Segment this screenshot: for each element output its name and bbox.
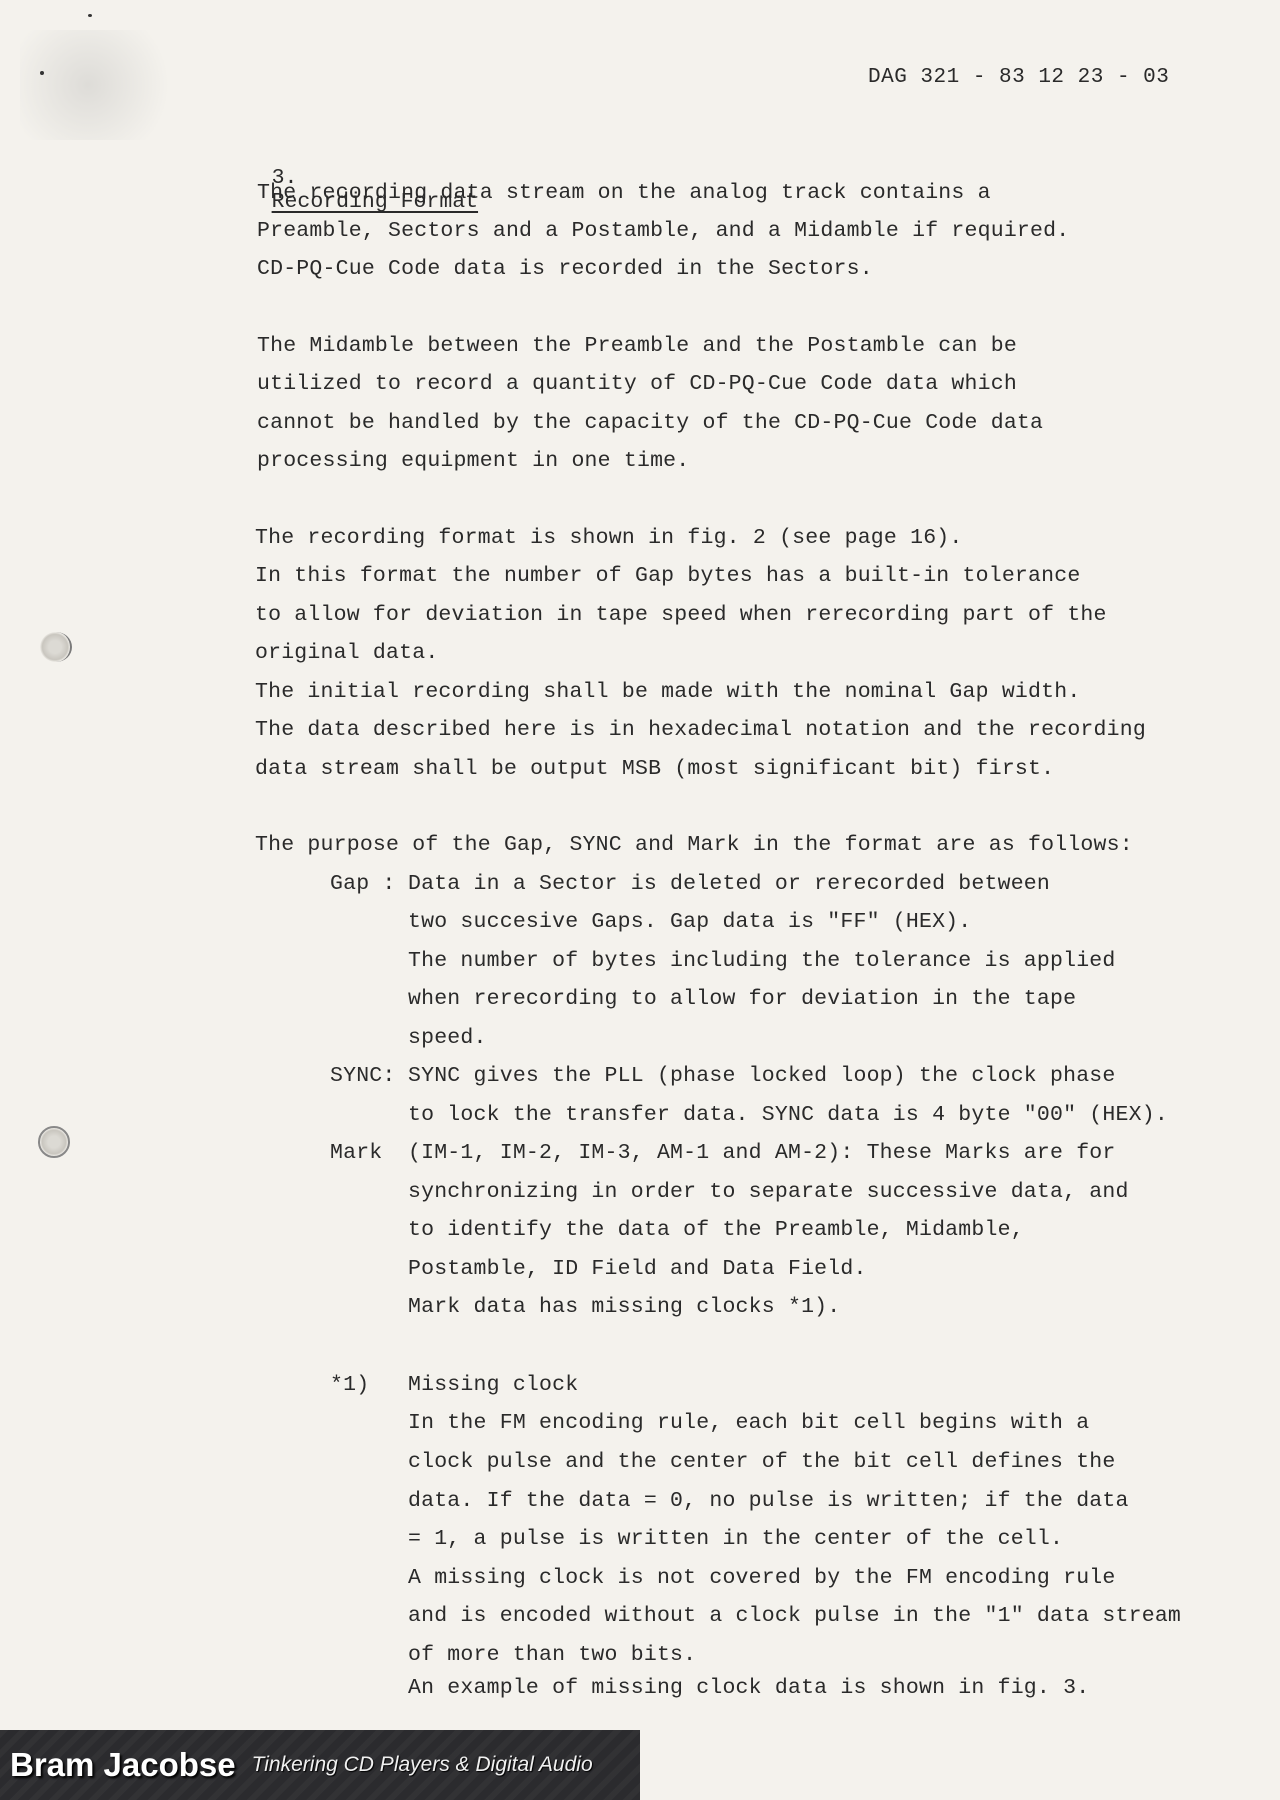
paragraph-line: The Midamble between the Preamble and th… [257, 333, 1017, 359]
definition-line: The number of bytes including the tolera… [408, 948, 1116, 974]
definition-term-sync: SYNC: [330, 1063, 396, 1089]
paragraph-line: processing equipment in one time. [257, 448, 689, 474]
paragraph-line: utilized to record a quantity of CD-PQ-C… [257, 371, 1017, 397]
definition-line: Postamble, ID Field and Data Field. [408, 1256, 867, 1282]
definition-line: synchronizing in order to separate succe… [408, 1179, 1129, 1205]
footnote-title: Missing clock [408, 1372, 578, 1398]
definition-line: speed. [408, 1025, 487, 1051]
paragraph-line: The recording data stream on the analog … [257, 180, 991, 206]
definition-line: Mark data has missing clocks *1). [408, 1294, 840, 1320]
punch-hole-mark [40, 632, 72, 662]
footnote-line: and is encoded without a clock pulse in … [408, 1603, 1181, 1629]
footnote-line: of more than two bits. [408, 1642, 696, 1668]
paragraph-line: The data described here is in hexadecima… [255, 717, 1146, 743]
paragraph-line: CD-PQ-Cue Code data is recorded in the S… [257, 256, 873, 282]
definition-line: SYNC gives the PLL (phase locked loop) t… [408, 1063, 1116, 1089]
footnote-line: = 1, a pulse is written in the center of… [408, 1526, 1063, 1552]
banner-author-name: Bram Jacobse [10, 1746, 236, 1784]
paragraph-line: data stream shall be output MSB (most si… [255, 756, 1054, 782]
paragraph-line: cannot be handled by the capacity of the… [257, 410, 1043, 436]
paragraph-line: The recording format is shown in fig. 2 … [255, 525, 963, 551]
scanned-page: DAG 321 - 83 12 23 - 03 3. Recording For… [0, 0, 1280, 1800]
footnote-line: A missing clock is not covered by the FM… [408, 1565, 1116, 1591]
scan-speck [40, 71, 44, 75]
footnote-line: data. If the data = 0, no pulse is writt… [408, 1488, 1129, 1514]
paragraph-line: original data. [255, 640, 438, 666]
footnote-line: In the FM encoding rule, each bit cell b… [408, 1410, 1089, 1436]
definition-line: two succesive Gaps. Gap data is "FF" (HE… [408, 909, 971, 935]
punch-hole-mark [38, 1126, 70, 1158]
definition-term-mark: Mark [330, 1140, 382, 1166]
document-reference: DAG 321 - 83 12 23 - 03 [868, 66, 1169, 89]
footnote-marker: *1) [330, 1372, 369, 1398]
paragraph-line: The purpose of the Gap, SYNC and Mark in… [255, 832, 1133, 858]
paragraph-line: to allow for deviation in tape speed whe… [255, 602, 1107, 628]
definition-line: Data in a Sector is deleted or rerecorde… [408, 871, 1050, 897]
paragraph-line: The initial recording shall be made with… [255, 679, 1080, 705]
scan-speck [88, 14, 92, 17]
definition-line: to identify the data of the Preamble, Mi… [408, 1217, 1024, 1243]
footnote-line: clock pulse and the center of the bit ce… [408, 1449, 1116, 1475]
definition-line: when rerecording to allow for deviation … [408, 986, 1076, 1012]
paragraph-line: Preamble, Sectors and a Postamble, and a… [257, 218, 1069, 244]
watermark-banner: Bram Jacobse Tinkering CD Players & Digi… [0, 1730, 640, 1800]
definition-line: (IM-1, IM-2, IM-3, AM-1 and AM-2): These… [408, 1140, 1116, 1166]
definition-line: to lock the transfer data. SYNC data is … [408, 1102, 1168, 1128]
banner-tagline: Tinkering CD Players & Digital Audio [252, 1753, 593, 1777]
scan-noise [20, 30, 190, 140]
definition-term-gap: Gap : [330, 871, 396, 897]
paragraph-line: In this format the number of Gap bytes h… [255, 563, 1080, 589]
footnote-line: An example of missing clock data is show… [408, 1675, 1089, 1701]
